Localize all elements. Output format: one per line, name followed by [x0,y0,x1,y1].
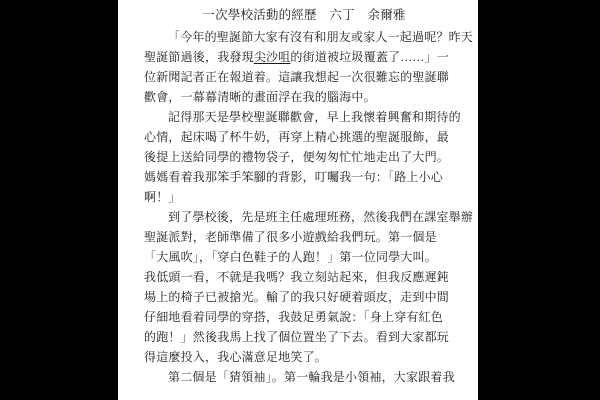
text-line: 第二個是「猜領袖」。第一輪我是小領袖，大家跟着我 [144,367,464,387]
text-line: 聖誕派對，老師準備了很多小遊戲給我們玩。第一個是 [144,227,464,247]
text-segment: 到了學校後，先是班主任處理班務，然後我們在課室舉辦 [168,210,473,224]
text-segment: 第二個是「猜領袖」。第一輪我是小領袖，大家跟着我 [168,370,455,384]
text-line: 到了學校後，先是班主任處理班務，然後我們在課室舉辦 [144,207,464,227]
text-segment: 歡會，一幕幕清晰的畫面浮在我的腦海中。 [144,90,376,104]
text-line: 媽媽看着我那笨手笨腳的背影，叮囑我一句：「路上小心 [144,167,464,187]
text-segment: 仔細地看着同學的穿搭，我鼓足勇氣說：「身上穿有紅色 [144,310,443,324]
paragraph: 第二個是「猜領袖」。第一輪我是小領袖，大家跟着我 [144,367,464,387]
text-segment: 「今年的聖誕節大家有沒有和朋友或家人一起過呢？昨天 [168,30,473,44]
text-line: 「大風吹」，「穿白色鞋子的人跑！」第一位同學大叫。 [144,247,464,267]
text-segment: 「大風吹」，「穿白色鞋子的人跑！」第一位同學大叫。 [144,250,437,264]
photo-background: 一次學校活動的經歷 六丁 余爾雅 「今年的聖誕節大家有沒有和朋友或家人一起過呢？… [0,0,600,400]
text-line: 我低頭一看，不就是我嗎？我立刻站起來，但我反應遲鈍 [144,267,464,287]
text-line: 「今年的聖誕節大家有沒有和朋友或家人一起過呢？昨天 [144,27,464,47]
text-segment: 啊！」 [144,190,181,204]
paragraph: 到了學校後，先是班主任處理班務，然後我們在課室舉辦聖誕派對，老師準備了很多小遊戲… [144,207,464,367]
text-segment: 聖誕派對，老師準備了很多小遊戲給我們玩。第一個是 [144,230,437,244]
text-line: 後提上送給同學的禮物袋子，便匆匆忙忙地走出了大門。 [144,147,464,167]
paragraph: 「今年的聖誕節大家有沒有和朋友或家人一起過呢？昨天聖誕節過後，我發現尖沙咀的街道… [144,27,464,107]
text-segment: 的街道被垃圾覆蓋了……」一 [290,50,449,64]
text-segment: 聖誕節過後，我發現 [144,50,254,64]
text-segment: 位新聞記者正在報道着。這讓我想起一次很難忘的聖誕聯 [144,70,449,84]
text-segment: 場上的椅子已被搶光。輸了的我只好硬着頭皮，走到中間 [144,290,449,304]
text-segment: 媽媽看着我那笨手笨腳的背影，叮囑我一句：「路上小心 [144,170,443,184]
text-segment: 得這麼投入，我心滿意足地笑了。 [144,350,327,364]
text-segment: 記得那天是學校聖誕聯歡會，早上我懷着興奮和期待的 [168,110,461,124]
text-line: 記得那天是學校聖誕聯歡會，早上我懷着興奮和期待的 [144,107,464,127]
document-title: 一次學校活動的經歷 六丁 余爾雅 [144,5,464,25]
text-line: 啊！」 [144,187,464,207]
text-line: 場上的椅子已被搶光。輸了的我只好硬着頭皮，走到中間 [144,287,464,307]
text-line: 的跑！」然後我馬上找了個位置坐了下去。看到大家都玩 [144,327,464,347]
document-body: 「今年的聖誕節大家有沒有和朋友或家人一起過呢？昨天聖誕節過後，我發現尖沙咀的街道… [144,27,464,387]
text-line: 仔細地看着同學的穿搭，我鼓足勇氣說：「身上穿有紅色 [144,307,464,327]
proper-noun-underlined: 尖沙咀 [254,50,291,64]
text-segment: 後提上送給同學的禮物袋子，便匆匆忙忙地走出了大門。 [144,150,449,164]
text-segment: 心情，起床喝了杯牛奶，再穿上精心挑選的聖誕服飾，最 [144,130,449,144]
paragraph: 記得那天是學校聖誕聯歡會，早上我懷着興奮和期待的心情，起床喝了杯牛奶，再穿上精心… [144,107,464,207]
text-line: 心情，起床喝了杯牛奶，再穿上精心挑選的聖誕服飾，最 [144,127,464,147]
text-line: 得這麼投入，我心滿意足地笑了。 [144,347,464,367]
text-line: 位新聞記者正在報道着。這讓我想起一次很難忘的聖誕聯 [144,67,464,87]
text-line: 歡會，一幕幕清晰的畫面浮在我的腦海中。 [144,87,464,107]
text-segment: 我低頭一看，不就是我嗎？我立刻站起來，但我反應遲鈍 [144,270,449,284]
text-line: 聖誕節過後，我發現尖沙咀的街道被垃圾覆蓋了……」一 [144,47,464,67]
text-segment: 的跑！」然後我馬上找了個位置坐了下去。看到大家都玩 [144,330,449,344]
document-page: 一次學校活動的經歷 六丁 余爾雅 「今年的聖誕節大家有沒有和朋友或家人一起過呢？… [118,0,478,400]
